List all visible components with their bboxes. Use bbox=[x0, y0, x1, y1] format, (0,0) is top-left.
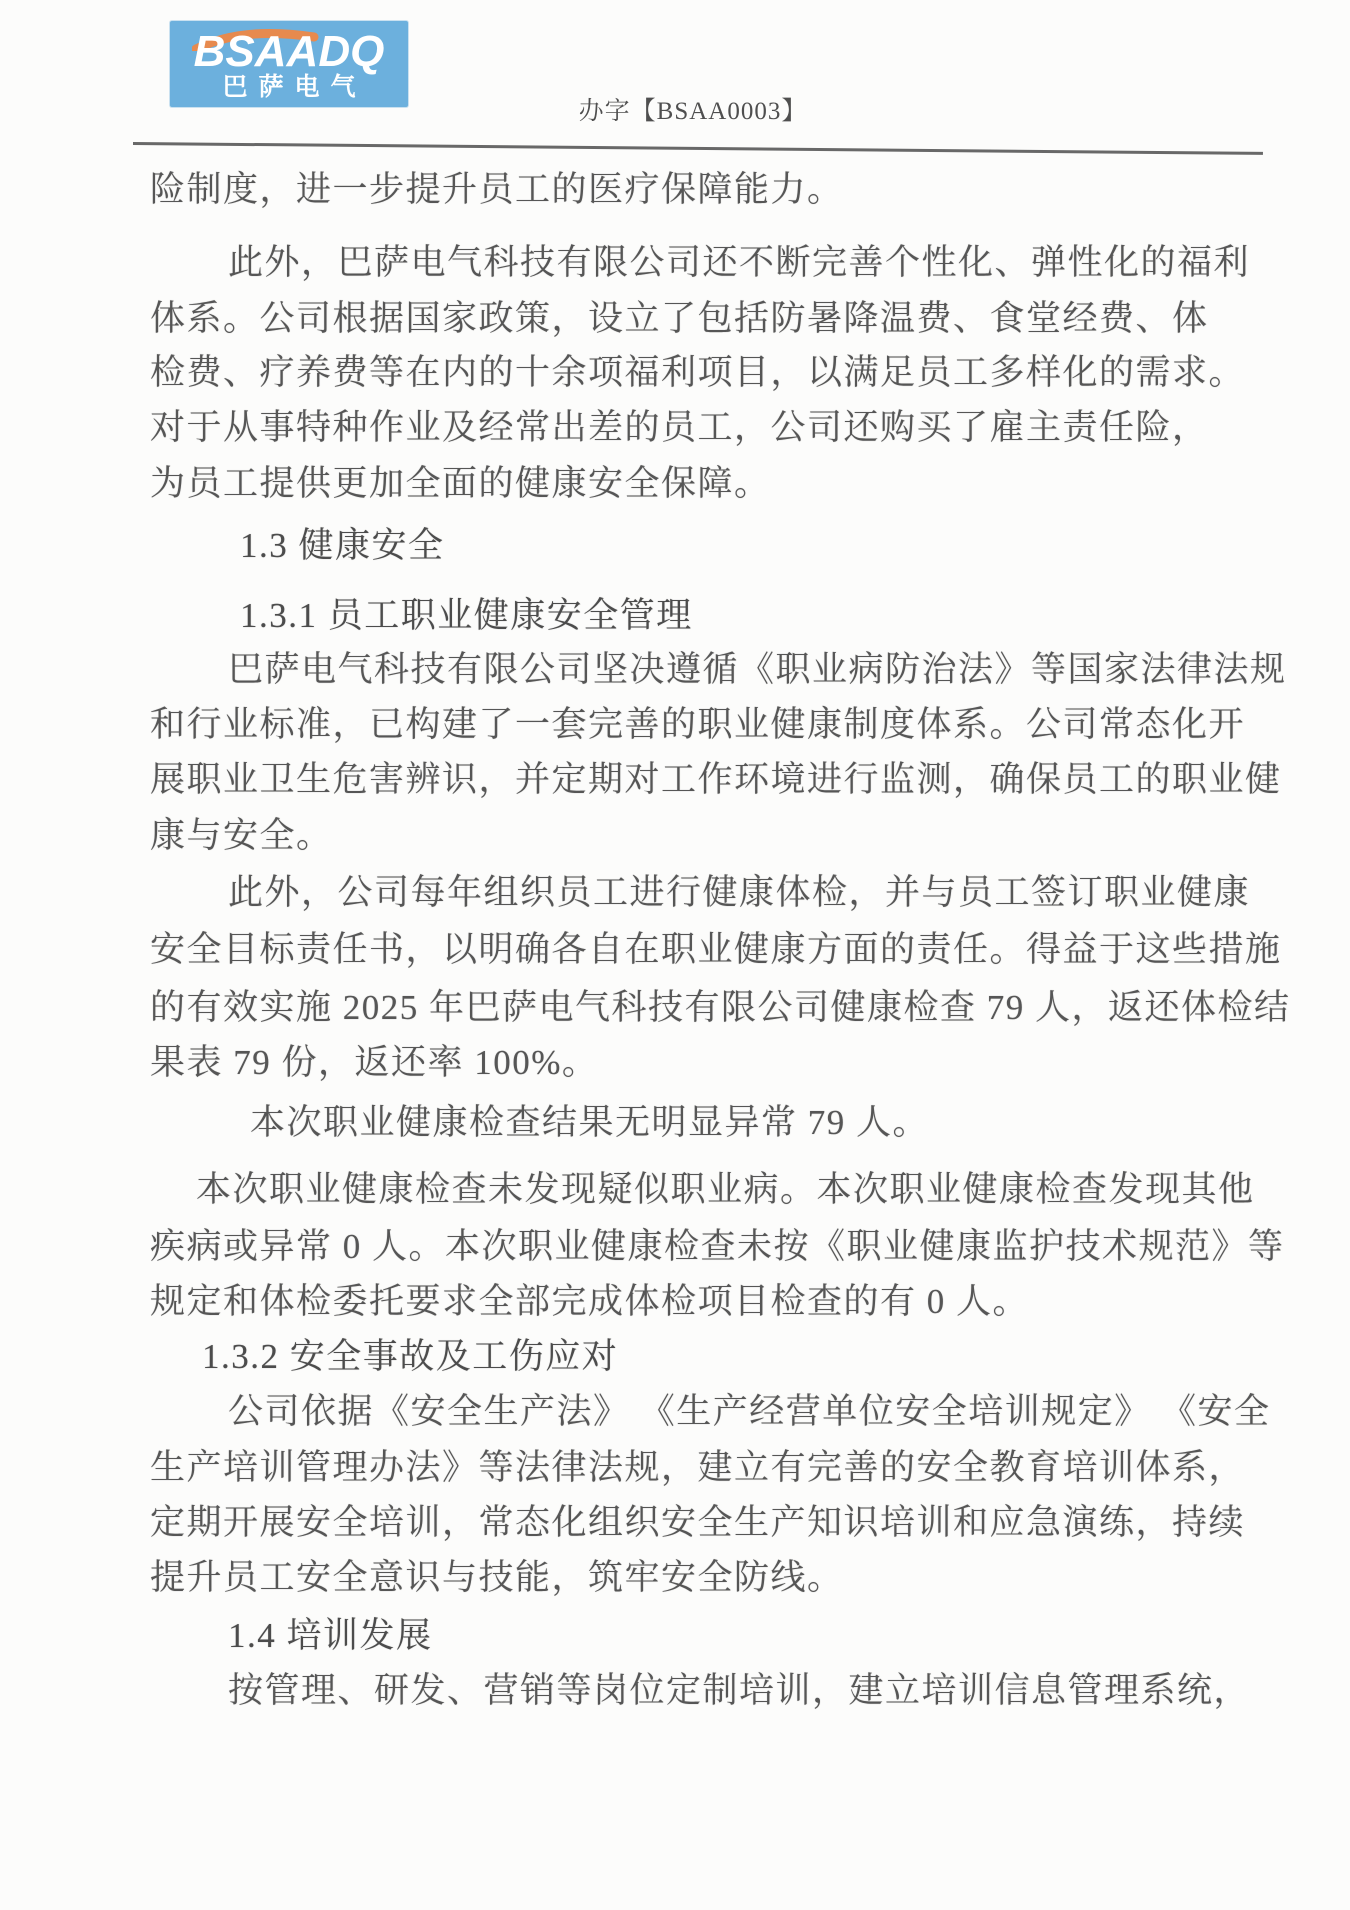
doc-line: 本次职业健康检查结果无明显异常 79 人。 bbox=[250, 1103, 929, 1143]
header-divider bbox=[133, 142, 1263, 155]
doc-line: 定期开展安全培训，常态化组织安全生产知识培训和应急演练，持续 bbox=[150, 1503, 1245, 1543]
doc-line: 的有效实施 2025 年巴萨电气科技有限公司健康检查 79 人，返还体检结 bbox=[150, 988, 1291, 1028]
doc-heading-1-3-2: 1.3.2 安全事故及工伤应对 bbox=[202, 1337, 618, 1377]
doc-line: 提升员工安全意识与技能，筑牢安全防线。 bbox=[150, 1558, 844, 1598]
doc-line: 生产培训管理办法》等法律法规，建立有完善的安全教育培训体系， bbox=[150, 1448, 1245, 1488]
doc-heading-1-3: 1.3 健康安全 bbox=[240, 526, 445, 566]
scanned-document-page: BSAADQ 巴萨电气 办字【BSAA0003】 险制度，进一步提升员工的医疗保… bbox=[0, 0, 1350, 1910]
doc-line: 检费、疗养费等在内的十余项福利项目，以满足员工多样化的需求。 bbox=[150, 353, 1245, 393]
doc-line: 公司依据《安全生产法》 《生产经营单位安全培训规定》 《安全 bbox=[228, 1392, 1271, 1432]
doc-heading-1-4: 1.4 培训发展 bbox=[228, 1616, 433, 1656]
doc-line: 此外，巴萨电气科技有限公司还不断完善个性化、弹性化的福利 bbox=[228, 243, 1250, 283]
doc-line: 和行业标准，已构建了一套完善的职业健康制度体系。公司常态化开 bbox=[150, 705, 1245, 745]
doc-line: 康与安全。 bbox=[150, 816, 333, 856]
doc-line: 本次职业健康检查未发现疑似职业病。本次职业健康检查发现其他 bbox=[196, 1170, 1255, 1210]
doc-heading-1-3-1: 1.3.1 员工职业健康安全管理 bbox=[240, 596, 693, 636]
doc-line: 此外，公司每年组织员工进行健康体检，并与员工签订职业健康 bbox=[228, 873, 1250, 913]
doc-line: 为员工提供更加全面的健康安全保障。 bbox=[150, 464, 771, 504]
doc-line: 安全目标责任书，以明确各自在职业健康方面的责任。得益于这些措施 bbox=[150, 930, 1282, 970]
logo-brand-text: BSAADQ bbox=[170, 30, 408, 74]
company-logo: BSAADQ 巴萨电气 bbox=[170, 21, 408, 107]
document-code: 办字【BSAA0003】 bbox=[18, 96, 1350, 128]
doc-line: 疾病或异常 0 人。本次职业健康检查未按《职业健康监护技术规范》等 bbox=[150, 1227, 1285, 1267]
doc-line: 规定和体检委托要求全部完成体检项目检查的有 0 人。 bbox=[150, 1282, 1029, 1322]
doc-line: 险制度，进一步提升员工的医疗保障能力。 bbox=[150, 170, 844, 210]
doc-line: 体系。公司根据国家政策，设立了包括防暑降温费、食堂经费、体 bbox=[150, 299, 1209, 339]
doc-line: 巴萨电气科技有限公司坚决遵循《职业病防治法》等国家法律法规 bbox=[228, 650, 1287, 690]
doc-line: 果表 79 份，返还率 100%。 bbox=[150, 1043, 598, 1083]
doc-line: 展职业卫生危害辨识，并定期对工作环境进行监测，确保员工的职业健 bbox=[150, 760, 1282, 800]
doc-line: 按管理、研发、营销等岗位定制培训，建立培训信息管理系统， bbox=[228, 1671, 1250, 1711]
doc-line: 对于从事特种作业及经常出差的员工，公司还购买了雇主责任险， bbox=[150, 408, 1209, 448]
